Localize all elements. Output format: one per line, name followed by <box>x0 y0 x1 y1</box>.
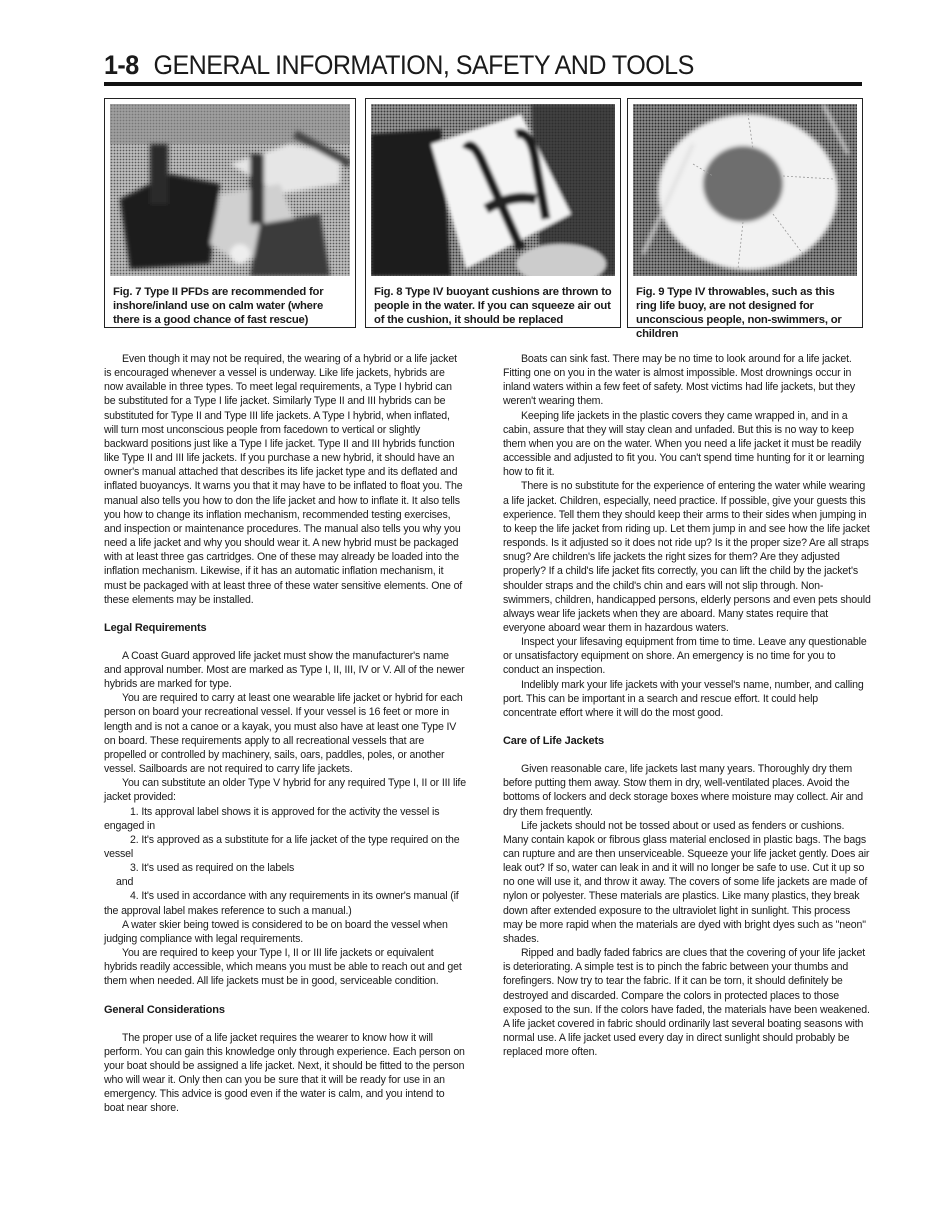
paragraph: Boats can sink fast. There may be no tim… <box>503 352 871 409</box>
figure-8: Fig. 8 Type IV buoyant cushions are thro… <box>365 98 621 328</box>
figure-8-caption: Fig. 8 Type IV buoyant cushions are thro… <box>374 285 614 327</box>
list-item: 4. It's used in accordance with any requ… <box>104 889 466 917</box>
paragraph: You are required to keep your Type I, II… <box>104 946 466 988</box>
paragraph: A water skier being towed is considered … <box>104 918 466 946</box>
right-column: Boats can sink fast. There may be no tim… <box>503 352 871 1059</box>
list-item: 3. It's used as required on the labels <box>104 861 466 875</box>
figure-7: Fig. 7 Type II PFDs are recommended for … <box>104 98 356 328</box>
ring-life-buoy-photo <box>633 104 857 276</box>
list-item: 2. It's approved as a substitute for a l… <box>104 833 466 861</box>
paragraph: You are required to carry at least one w… <box>104 691 466 776</box>
figure-7-caption: Fig. 7 Type II PFDs are recommended for … <box>113 285 349 327</box>
figure-9: Fig. 9 Type IV throwables, such as this … <box>627 98 863 328</box>
buoyant-cushion-photo <box>371 104 615 276</box>
header-title: 1-8GENERAL INFORMATION, SAFETY AND TOOLS <box>104 50 809 80</box>
heading-general-considerations: General Considerations <box>104 1003 466 1017</box>
paragraph: Ripped and badly faded fabrics are clues… <box>503 946 871 1059</box>
paragraph: Keeping life jackets in the plastic cove… <box>503 409 871 480</box>
left-column: Even though it may not be required, the … <box>104 352 466 1116</box>
paragraph: Given reasonable care, life jackets last… <box>503 762 871 819</box>
paragraph: Inspect your lifesaving equipment from t… <box>503 635 871 677</box>
page-number: 1-8 <box>104 50 139 80</box>
heading-legal-requirements: Legal Requirements <box>104 621 466 635</box>
list-item: 1. Its approval label shows it is approv… <box>104 805 466 833</box>
paragraph: The proper use of a life jacket requires… <box>104 1031 466 1116</box>
header-rule <box>104 82 862 86</box>
paragraph: Indelibly mark your life jackets with yo… <box>503 678 871 720</box>
section-title: GENERAL INFORMATION, SAFETY AND TOOLS <box>154 50 694 80</box>
figure-9-caption: Fig. 9 Type IV throwables, such as this … <box>636 285 856 341</box>
paragraph: Life jackets should not be tossed about … <box>503 819 871 946</box>
heading-care-of-life-jackets: Care of Life Jackets <box>503 734 871 748</box>
paragraph: Even though it may not be required, the … <box>104 352 466 607</box>
page-header: 1-8GENERAL INFORMATION, SAFETY AND TOOLS <box>104 50 862 80</box>
paragraph: A Coast Guard approved life jacket must … <box>104 649 466 691</box>
paragraph: There is no substitute for the experienc… <box>503 479 871 635</box>
paragraph: You can substitute an older Type V hybri… <box>104 776 466 804</box>
list-conjunction: and <box>104 875 466 889</box>
type-ii-pfds-photo <box>110 104 350 276</box>
